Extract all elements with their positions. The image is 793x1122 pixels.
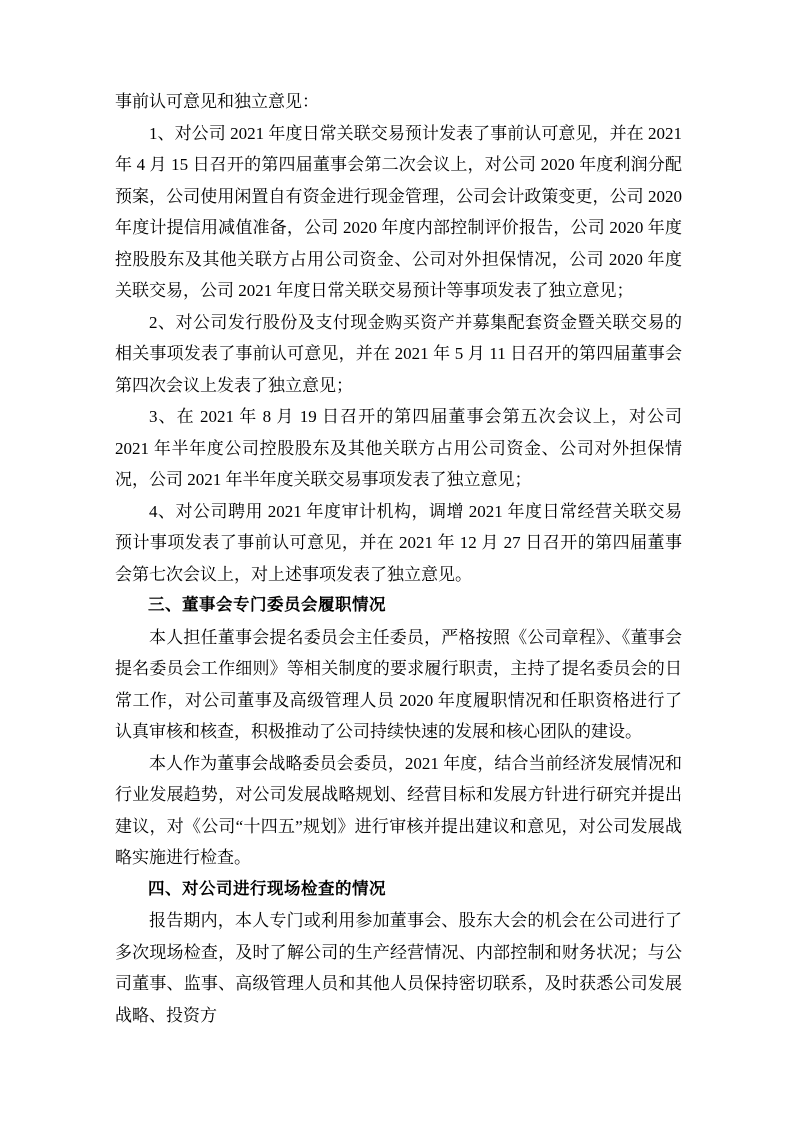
paragraph-strategy-committee: 本人作为董事会战略委员会委员，2021 年度，结合当前经济发展情况和行业发展趋势…	[115, 748, 682, 874]
paragraph-site-inspection: 报告期内，本人专门或利用参加董事会、股东大会的机会在公司进行了多次现场检查，及时…	[115, 905, 682, 1031]
paragraph-item-2: 2、对公司发行股份及支付现金购买资产并募集配套资金暨关联交易的相关事项发表了事前…	[115, 307, 682, 402]
paragraph-item-1: 1、对公司 2021 年度日常关联交易预计发表了事前认可意见，并在 2021 年…	[115, 118, 682, 307]
paragraph-continuation: 事前认可意见和独立意见：	[115, 86, 682, 118]
paragraph-item-3: 3、在 2021 年 8 月 19 日召开的第四届董事会第五次会议上，对公司 2…	[115, 401, 682, 496]
section-heading-4: 四、对公司进行现场检查的情况	[115, 874, 682, 906]
section-heading-3: 三、董事会专门委员会履职情况	[115, 590, 682, 622]
text-block: 事前认可意见和独立意见： 1、对公司 2021 年度日常关联交易预计发表了事前认…	[115, 86, 682, 1031]
paragraph-item-4: 4、对公司聘用 2021 年度审计机构，调增 2021 年度日常经营关联交易预计…	[115, 496, 682, 591]
paragraph-nomination-committee: 本人担任董事会提名委员会主任委员，严格按照《公司章程》、《董事会提名委员会工作细…	[115, 622, 682, 748]
document-page: 事前认可意见和独立意见： 1、对公司 2021 年度日常关联交易预计发表了事前认…	[0, 0, 793, 1122]
